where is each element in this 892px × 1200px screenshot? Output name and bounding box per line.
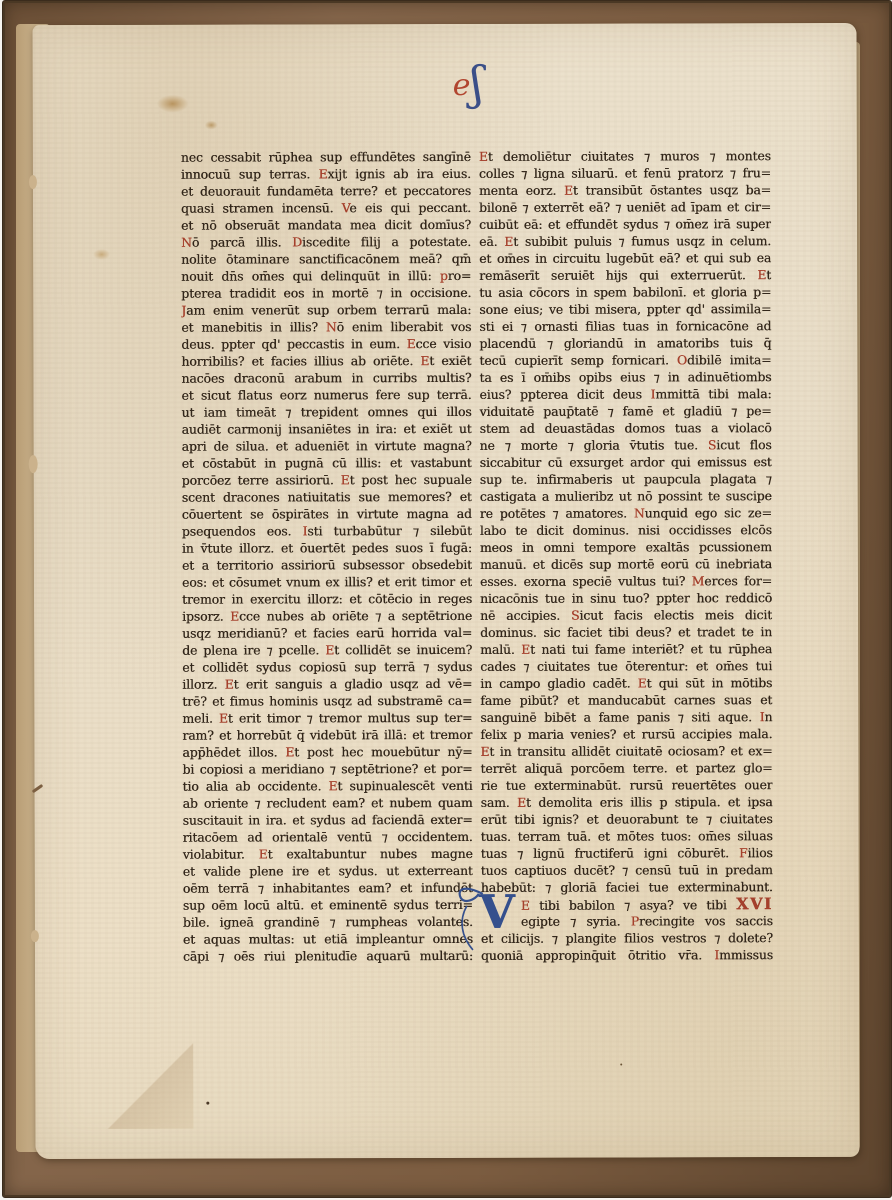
text-line: tio alia ab occidente. Et supinualescēt … <box>182 777 472 795</box>
text-line: Jam enim venerūt sup orbem terrarū mala: <box>181 301 471 319</box>
text-line: labo te dicit dominus. nisi occidisses e… <box>480 521 772 539</box>
text-line: innocuū sup terras. Exijt ignis ab ira e… <box>181 165 471 183</box>
quire-mark-blue-letter: ʃ <box>471 56 484 110</box>
text-line: et valide plene ire et sydus. ut exterre… <box>183 862 473 880</box>
text-line: sanguinē bibēt a fame panis ⁊ siti aque.… <box>480 708 772 726</box>
text-line: et cōstabūt in pugnā cū illis: et vastab… <box>182 454 472 472</box>
text-line: eos: et cōsumet vnum ex illis? et erit t… <box>182 573 472 591</box>
text-line: et cilicijs. ⁊ plangite filios vestros ⁊… <box>481 929 773 947</box>
text-line: egipte ⁊ syria. Precingite vos saccis <box>521 912 773 930</box>
text-line: rie tue exterminabūt. rursū reuertētes o… <box>480 776 772 794</box>
text-line: usqz meridianū? et facies earū horrida v… <box>182 624 472 642</box>
text-line: tuas ⁊ lignū fructiferū igni cōburēt. Fi… <box>481 844 773 862</box>
foxing-spot <box>93 249 110 260</box>
text-line: de plena ire ⁊ pcelle. Et collidēt se in… <box>182 641 472 659</box>
text-line: ne ⁊ morte ⁊ gloria v̄tutis tue. Sicut f… <box>480 436 772 454</box>
text-line: eā. Et subibit puluis ⁊ fumus usqz in ce… <box>479 232 771 250</box>
corner-fold <box>97 1033 193 1129</box>
text-line: dominus. sic faciet tibi deus? et tradet… <box>480 623 772 641</box>
ink-speck <box>620 1064 622 1066</box>
text-line: et manebitis in illis? Nō enim liberabit… <box>181 318 471 336</box>
text-line: quasi stramen incensū. Ve eis qui peccan… <box>181 199 471 217</box>
text-line: et deuorauit fundamēta terre? et peccato… <box>181 182 471 200</box>
text-line: in campo gladio cadēt. Et qui sūt in mōt… <box>480 674 772 692</box>
text-line: ut iam timeāt ⁊ trepident omnes qui illo… <box>182 403 472 421</box>
text-line: et om̄es in circuitu lugebūt eā? et qui … <box>479 249 771 267</box>
text-line: cuibūt eā: et effundēt sydus ⁊ om̄ez irā… <box>479 215 771 233</box>
text-column-right: V Et demoliētur ciuitates ⁊ muros ⁊ mont… <box>479 147 773 964</box>
text-line: pterea tradidit eos in mortē ⁊ in occisi… <box>181 284 471 302</box>
text-line: et collidēt sydus copiosū sup terrā ⁊ sy… <box>182 658 472 676</box>
text-line: remāserīt seruiēt hijs qui exterruerūt. … <box>479 266 771 284</box>
text-line: Et demoliētur ciuitates ⁊ muros ⁊ montes <box>479 147 771 165</box>
text-line: re potētes ⁊ amatores. Nunquid ego sic z… <box>480 504 772 522</box>
text-line: nouit dn̄s om̄es qui delinquūt in illū: … <box>181 267 471 285</box>
text-line: ab oriente ⁊ recludent eam? et nubem qua… <box>183 794 473 812</box>
text-line: nacōes draconū arabum in curribs multis? <box>181 369 471 387</box>
text-line: app̄hēdet illos. Et post hec mouebūtur n… <box>182 743 472 761</box>
text-line: stem ad deuastādas domos tuas a violacō <box>480 419 772 437</box>
text-line: Et in transitu allidēt ciuitatē ociosam?… <box>480 742 772 760</box>
text-line: cāpi ⁊ oēs riui plenitudīe aquarū multar… <box>183 947 473 965</box>
deckle-nick <box>29 455 38 473</box>
text-line: et aquas multas: ut etiā impleantur omne… <box>183 930 473 948</box>
text-line: ipsorz. Ecce nubes ab oriēte ⁊ a septētr… <box>182 607 472 625</box>
text-line: sup oēm locū altū. et eminentē sydus ter… <box>183 896 473 914</box>
text-line: sup te. infirmaberis ut paupcula plagata… <box>480 470 772 488</box>
text-line: nē accipies. Sicut facis electis meis di… <box>480 606 772 624</box>
text-line: habebūt: ⁊ gloriā faciei tue exterminabu… <box>481 878 773 896</box>
ink-speck <box>206 1102 209 1105</box>
text-line: eius? ppterea dicit deus Immittā tibi ma… <box>479 385 771 403</box>
text-line: Nō parcā illis. Discedite filij a potest… <box>181 233 471 251</box>
manuscript-leaf: e ʃ nec cessabit rūphea sup effundētes s… <box>33 23 860 1159</box>
text-line: nolite ōtaminare sanctificacōnem meā? qm… <box>181 250 471 268</box>
text-line: tecū cupierīt semp fornicari. Odibilē im… <box>479 351 771 369</box>
text-line: placendū ⁊ gloriandū in amatoribs tuis q… <box>479 334 771 352</box>
text-line: scent dracones natiuitatis sue memores? … <box>182 488 472 506</box>
text-line: viduitatē paup̄tatē ⁊ famē et gladiū ⁊ p… <box>480 402 772 420</box>
text-line: in v̄tute illorz. et ōuertēt pedes suos … <box>182 539 472 557</box>
text-line: tu asia cōcors in spem babilonī. et glor… <box>479 283 771 301</box>
chapter-initial: V <box>469 890 517 942</box>
text-line: et sicut flatus eorz numerus fere sup te… <box>181 386 471 404</box>
text-line: horribilis? et facies illius ab oriēte. … <box>181 352 471 370</box>
text-line: ritacōem ad orientalē ventū ⁊ occidentem… <box>183 828 473 846</box>
text-line: tremor in exercitu illorz: et cōtēcio in… <box>182 590 472 608</box>
text-column-left: nec cessabit rūphea sup effundētes sangī… <box>181 148 473 965</box>
foxing-spot <box>205 121 218 130</box>
text-line: castigata a mulieribz ut nō possint te s… <box>480 487 772 505</box>
text-line: psequendos eos. Isti turbabūtur ⁊ silebū… <box>182 522 472 540</box>
text-line: bilonē ⁊ exterrēt eā? ⁊ ueniēt ad īpam e… <box>479 198 771 216</box>
text-line: et nō obseruāt mandata mea dicit domīus? <box>181 216 471 234</box>
deckle-nick <box>29 175 37 189</box>
text-line: bi copiosi a meridiano ⁊ septētrione? et… <box>182 760 472 778</box>
quire-mark: e ʃ <box>447 56 517 126</box>
text-line: et a territorio assiriorū subsessor obse… <box>182 556 472 574</box>
text-line: terrēt aliquā porcōem terre. et partez g… <box>480 759 772 777</box>
text-line: deus. ppter qd' peccastis in eum. Ecce v… <box>181 335 471 353</box>
text-line: siccabitur cū exsurget ardor qui emissus… <box>480 453 772 471</box>
text-line: illorz. Et erit sanguis a gladio usqz ad… <box>182 675 472 693</box>
text-line: ta es ī om̄ibs opibs eius ⁊ in adinuētio… <box>479 368 771 386</box>
text-line: cades ⁊ ciuitates tue ōterentur: et om̄e… <box>480 657 772 675</box>
text-line: tuos captiuos ducēt? ⁊ censū tuū in pred… <box>481 861 773 879</box>
text-line: sam. Et demolita eris illis p stipula. e… <box>481 793 773 811</box>
text-line: sone eius; ve tibi misera, ppter qd' ass… <box>479 300 771 318</box>
text-line: suscitauit in ira. et sydus ad faciendā … <box>183 811 473 829</box>
text-line: erūt tibi ignis? et deuorabunt te ⁊ ciui… <box>481 810 773 828</box>
text-line: E tibi babilon ⁊ asya? ve tibi XVI <box>521 895 773 913</box>
text-line: cōuertent se ōspirātes in virtute magna … <box>182 505 472 523</box>
text-line: nicacōnis tue in sinu tuo? ppter hoc red… <box>480 589 772 607</box>
text-line: malū. Et nati tui fame interiēt? et tu r… <box>480 640 772 658</box>
text-line: meos in omni tempore exaltās pcussionem <box>480 538 772 556</box>
text-line: ram? et horrebūt q̄ videbūt irā illā: et… <box>182 726 472 744</box>
text-line: fame pibūt? et manducabūt carnes suas et <box>480 691 772 709</box>
text-line: manuū. et dicēs sup mortē eorū cū inebri… <box>480 555 772 573</box>
text-line: nec cessabit rūphea sup effundētes sangī… <box>181 148 471 166</box>
text-line: audiēt carmonij insaniētes in ira: et ex… <box>182 420 472 438</box>
text-line: tuas. terram tuā. et mōtes tuos: om̄es s… <box>481 827 773 845</box>
deckle-nick <box>31 930 39 942</box>
quire-mark-red-letter: e <box>453 68 471 103</box>
text-line: colles ⁊ ligna siluarū. et fenū pratorz … <box>479 164 771 182</box>
text-line: menta eorz. Et transibūt ōstantes usqz b… <box>479 181 771 199</box>
text-line: oēm terrā ⁊ inhabitantes eam? et infundē… <box>183 879 473 897</box>
text-line: sti ei ⁊ ornasti filias tuas in fornicac… <box>479 317 771 335</box>
text-line: quoniā appropinq̄uit ōtritio vr̄a. Immis… <box>481 946 773 964</box>
text-line: violabitur. Et exaltabuntur nubes magne <box>183 845 473 863</box>
text-line: trē? et fimus hominis usqz ad substramē … <box>182 692 472 710</box>
foxing-spot <box>157 95 189 113</box>
text-line: meli. Et erit timor ⁊ tremor multus sup … <box>182 709 472 727</box>
text-line: porcōez terre assiriorū. Et post hec sup… <box>182 471 472 489</box>
text-line: esses. exorna speciē vultus tui? Merces … <box>480 572 772 590</box>
text-line: apri de silua. et adueniēt in virtute ma… <box>182 437 472 455</box>
text-line: felix p maria venies? et rursū accipies … <box>480 725 772 743</box>
initial-letter: V <box>479 886 515 938</box>
text-line: bile. igneā grandinē ⁊ rumpheas volantes… <box>183 913 473 931</box>
